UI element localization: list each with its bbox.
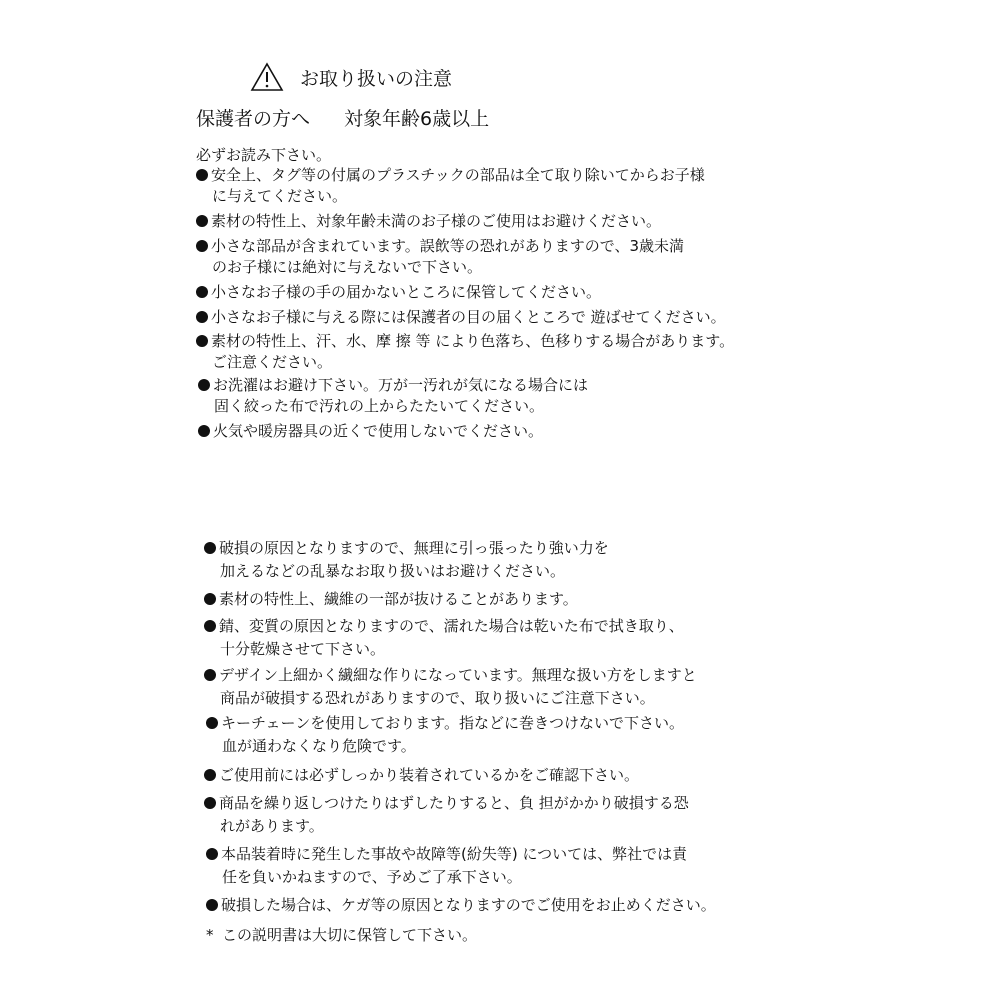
list-item: 商品を繰り返しつけたりはずしたりすると、負 担がかかり破損する恐 れがあります。 [204,792,689,838]
list-item: 火気や暖房器具の近くで使用しないでください。 [198,421,543,442]
bullet-icon [204,620,216,632]
bullet-icon [204,593,216,605]
list-item: 小さなお子様に与える際には保護者の目の届くところで 遊ばせてください。 [196,307,726,328]
bullet-icon [196,311,208,323]
bullet-icon [198,379,210,391]
audience-label: 保護者の方へ [196,108,310,130]
bullet-icon [206,848,218,860]
bullet-icon [204,542,216,554]
asterisk-marker: * [206,924,222,947]
audience-line: 保護者の方へ対象年齢6歳以上 [196,104,489,131]
list-item: デザイン上細かく繊細な作りになっています。無理な扱い方をしますと 商品が破損する… [204,664,697,710]
bullet-icon [204,797,216,809]
title-text: お取り扱いの注意 [300,64,452,91]
list-item: 本品装着時に発生した事故や故障等(紛失等) については、弊社では責 任を負いかね… [206,843,687,889]
bullet-icon [196,286,208,298]
list-item: 安全上、タグ等の付属のプラスチックの部品は全て取り除いてからお子様 に与えてくだ… [196,165,705,207]
footnote: *この説明書は大切に保管して下さい。 [206,924,477,947]
list-item: 素材の特性上、対象年齢未満のお子様のご使用はお避けください。 [196,211,661,232]
list-item: 錆、変質の原因となりますので、濡れた場合は乾いた布で拭き取り、 十分乾燥させて下… [204,615,684,661]
bullet-icon [204,669,216,681]
list-item: 素材の特性上、繊維の一部が抜けることがあります。 [204,588,578,611]
list-item: キーチェーンを使用しております。指などに巻きつけないで下さい。 血が通わなくなり… [206,712,684,758]
warning-triangle-icon [250,62,284,92]
bullet-icon [196,169,208,181]
age-target: 対象年齢6歳以上 [344,108,489,130]
bullet-icon [196,240,208,252]
bullet-icon [206,717,218,729]
list-item: 破損の原因となりますので、無理に引っ張ったり強い力を 加えるなどの乱暴なお取り扱… [204,537,609,583]
list-item: 破損した場合は、ケガ等の原因となりますのでご使用をお止めください。 [206,894,716,917]
list-item: ご使用前には必ずしっかり装着されているかをご確認下さい。 [204,764,639,787]
list-item: お洗濯はお避け下さい。万が一汚れが気になる場合には 固く絞った布で汚れの上からた… [198,375,588,417]
bullet-icon [196,215,208,227]
bullet-icon [204,769,216,781]
list-item: 小さなお子様の手の届かないところに保管してください。 [196,282,601,303]
intro-text: 必ずお読み下さい。 [196,144,331,165]
notice-title: お取り扱いの注意 [250,62,452,92]
bullet-icon [196,335,208,347]
bullet-icon [198,425,210,437]
list-item: 素材の特性上、汗、水、摩 擦 等 により色落ち、色移りする場合があります。 ご注… [196,331,734,373]
bullet-icon [206,899,218,911]
list-item: 小さな部品が含まれています。誤飲等の恐れがありますので、3歳未満 のお子様には絶… [196,236,684,278]
